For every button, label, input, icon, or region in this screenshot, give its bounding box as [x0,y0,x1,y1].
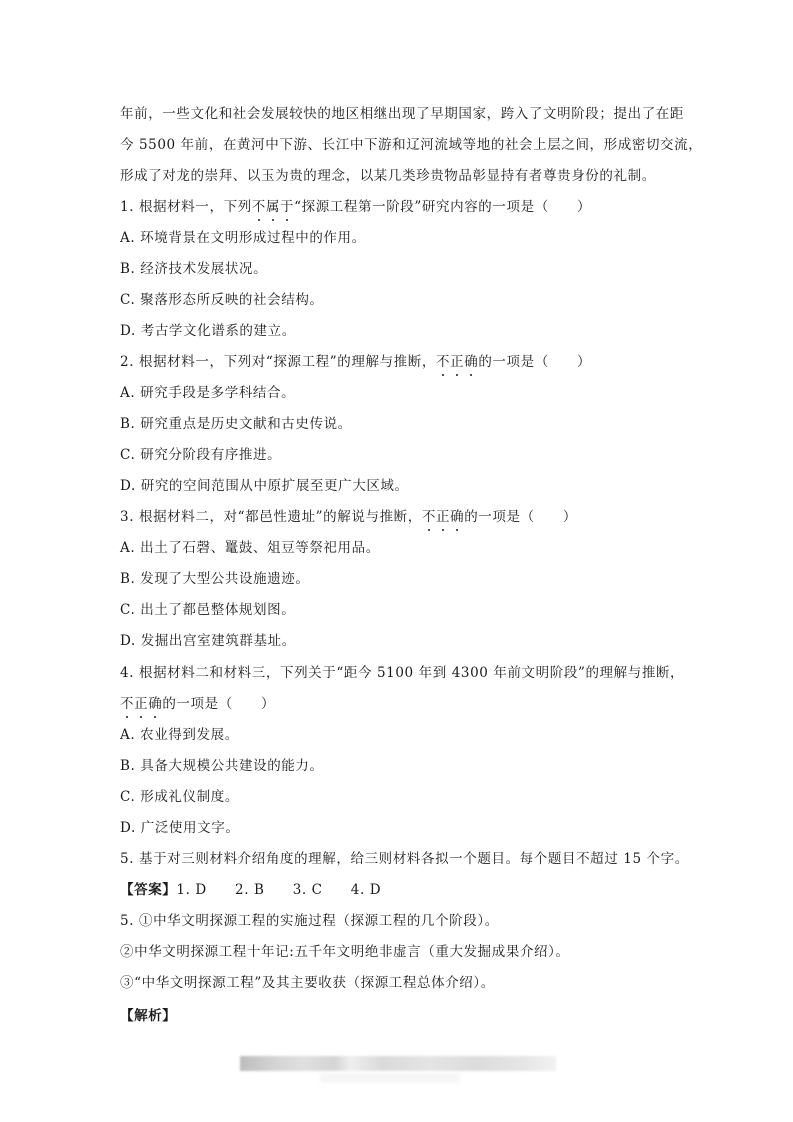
answer-label: 【答案】 [120,882,176,898]
question-1-option-b: B. 经济技术发展状况。 [120,259,267,279]
emphasis-char: 正 [436,507,450,527]
question-5-stem: 5. 基于对三则材料介绍角度的理解，给三则材料各拟一个题目。每个题目不超过 15… [120,849,689,869]
question-4-option-c: C. 形成礼仪制度。 [120,787,239,807]
emphasis-char: 属 [266,197,280,217]
emphasis-char: 确 [464,352,478,372]
question-4-option-d: D. 广泛使用文字。 [120,818,239,838]
question-1-option-a: A. 环境背景在文明形成过程中的作用。 [120,228,366,248]
stem-text: 的一项是（ ） [464,509,577,525]
question-3-option-b: B. 发现了大型公共设施遗迹。 [120,569,310,589]
question-2-option-c: C. 研究分阶段有序推进。 [120,445,281,465]
question-2-option-b: B. 研究重点是历史文献和古史传说。 [120,414,352,434]
answer-q5-3: ③“中华文明探源工程”及其主要收获（探源工程总体介绍）。 [120,973,495,993]
question-4-stem-line1: 4. 根据材料二和材料三，下列关于“距今 5100 年到 4300 年前文明阶段… [120,663,684,683]
answer-q5-1: 5. ①中华文明探源工程的实施过程（探源工程的几个阶段）。 [120,911,499,931]
emphasis-char: 于 [280,197,294,217]
blurred-footer [240,1056,556,1071]
emphasis-char: 不 [436,352,450,372]
stem-text: 的一项是（ ） [478,354,591,370]
question-1-stem: 1. 根据材料一，下列不属于“探源工程第一阶段”研究内容的一项是（ ） [120,197,591,217]
passage-line: 今 5500 年前，在黄河中下游、长江中下游和辽河流域等地的社会上层之间，形成密… [120,135,702,155]
question-3-option-c: C. 出土了都邑整体规划图。 [120,600,295,620]
blurred-footer-sub [320,1073,460,1083]
question-3-option-a: A. 出土了石磬、鼍鼓、俎豆等祭祀用品。 [120,538,380,558]
stem-text: 2. 根据材料一，下列对“探源工程”的理解与推断， [120,354,436,370]
question-4-stem-line2: 不正确的一项是（ ） [120,694,275,714]
passage-line: 形成了对龙的崇拜、以玉为贵的理念，以某几类珍贵物品彰显持有者尊贵身份的礼制。 [120,166,656,186]
emphasis-char: 正 [450,352,464,372]
emphasis-char: 不 [120,694,134,714]
stem-text: “探源工程第一阶段”研究内容的一项是（ ） [294,199,591,215]
answer-line: 【答案】1. D 2. B 3. C 4. D [120,880,381,900]
question-2-stem: 2. 根据材料一，下列对“探源工程”的理解与推断，不正确的一项是（ ） [120,352,591,372]
question-3-option-d: D. 发掘出宫室建筑群基址。 [120,631,296,651]
answer-q5-2: ②中华文明探源工程十年记:五千年文明绝非虚言（重大发掘成果介绍）。 [120,942,570,962]
question-3-stem: 3. 根据材料二，对“都邑性遗址”的解说与推断，不正确的一项是（ ） [120,507,577,527]
emphasis-char: 确 [450,507,464,527]
emphasis-char: 正 [134,694,148,714]
question-2-option-a: A. 研究手段是多学科结合。 [120,383,295,403]
emphasis-char: 不 [252,197,266,217]
answer-choices: 1. D 2. B 3. C 4. D [176,882,381,898]
stem-text: 3. 根据材料二，对“都邑性遗址”的解说与推断， [120,509,422,525]
emphasis-char: 不 [422,507,436,527]
question-4-option-b: B. 具备大规模公共建设的能力。 [120,756,324,776]
emphasis-char: 确 [148,694,162,714]
question-1-option-c: C. 聚落形态所反映的社会结构。 [120,290,324,310]
passage-line: 年前，一些文化和社会发展较快的地区相继出现了早期国家，跨入了文明阶段；提出了在距 [120,104,684,124]
analysis-label: 【解析】 [120,1006,176,1026]
stem-text: 1. 根据材料一，下列 [120,199,252,215]
question-4-option-a: A. 农业得到发展。 [120,725,239,745]
stem-text: 的一项是（ ） [162,696,275,712]
question-1-option-d: D. 考古学文化谱系的建立。 [120,321,296,341]
question-2-option-d: D. 研究的空间范围从中原扩展至更广大区域。 [120,476,409,496]
